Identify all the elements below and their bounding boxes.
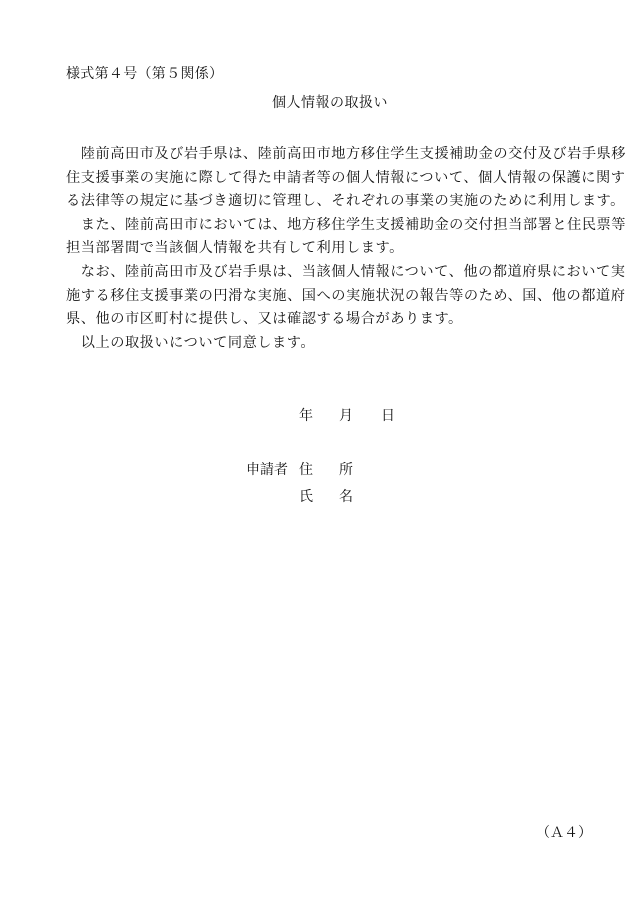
address-label-part1: 住	[299, 459, 313, 479]
paper-size-note: （Ａ４）	[536, 822, 592, 842]
body-line: る法律等の規定に基づき適切に管理し、それぞれの事業の実施のために利用します。	[66, 190, 586, 214]
body-line: また、陸前高田市においては、地方移住学生支援補助金の交付担当部署と住民票等	[66, 214, 586, 238]
date-day-label: 日	[381, 405, 395, 425]
name-label-part1: 氏	[299, 486, 313, 506]
body-line: 担当部署間で当該個人情報を共有して利用します。	[66, 237, 586, 261]
date-month-label: 月	[339, 405, 353, 425]
form-number: 様式第４号（第５関係）	[66, 63, 223, 83]
document-title: 個人情報の取扱い	[272, 92, 388, 112]
body-line: 施する移住支援事業の円滑な実施、国への実施状況の報告等のため、国、他の都道府	[66, 285, 586, 309]
applicant-label: 申請者	[246, 459, 288, 479]
date-year-label: 年	[299, 405, 313, 425]
name-label-part2: 名	[339, 486, 353, 506]
consent-body: 陸前高田市及び岩手県は、陸前高田市地方移住学生支援補助金の交付及び岩手県移 住支…	[66, 143, 586, 355]
address-label-part2: 所	[339, 459, 353, 479]
body-line: 住支援事業の実施に際して得た申請者等の個人情報について、個人情報の保護に関す	[66, 167, 586, 191]
body-line: なお、陸前高田市及び岩手県は、当該個人情報について、他の都道府県において実	[66, 261, 586, 285]
body-line: 陸前高田市及び岩手県は、陸前高田市地方移住学生支援補助金の交付及び岩手県移	[66, 143, 586, 167]
body-line: 以上の取扱いについて同意します。	[66, 332, 586, 356]
body-line: 県、他の市区町村に提供し、又は確認する場合があります。	[66, 308, 586, 332]
